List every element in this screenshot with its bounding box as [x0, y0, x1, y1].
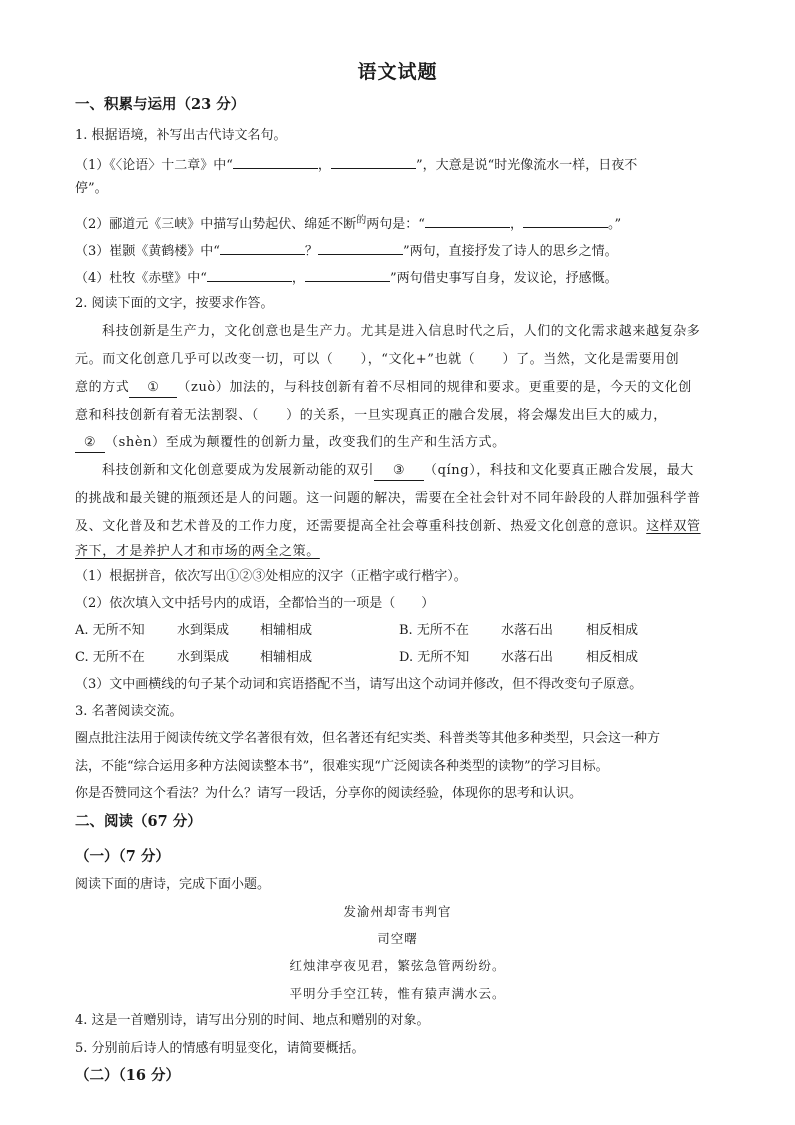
q1-p3-prefix: （3）崔颢《黄鹤楼》中“ — [75, 244, 220, 259]
answer-blank[interactable] — [207, 268, 292, 282]
option-label: D. 无所不知 — [399, 650, 469, 665]
answer-blank-2[interactable]: ② — [75, 434, 105, 453]
q3-text-line3: 你是否赞同这个看法？为什么？请写一段话，分享你的阅读经验，体现你的思考和认识。 — [75, 785, 720, 803]
poem-author: 司空曙 — [0, 930, 795, 948]
q2-sub1: （1）根据拼音，依次写出①②③处相应的汉字（正楷字或行楷字）。 — [75, 568, 720, 586]
q2-sub3: （3）文中画横线的句子某个动词和宾语搭配不当，请写出这个动词并修改，但不得改变句… — [75, 676, 720, 694]
option-label: B. 无所不在 — [399, 623, 469, 638]
passage-p1-line1: 科技创新是生产力，文化创意也是生产力。尤其是进入信息时代之后，人们的文化需求越来… — [102, 323, 720, 341]
q2-stem: 2. 阅读下面的文字，按要求作答。 — [75, 295, 720, 313]
q1-p4-prefix: （4）杜牧《赤壁》中“ — [75, 271, 207, 286]
answer-blank[interactable] — [331, 155, 416, 169]
underlined-sentence: 这样双管 — [646, 519, 700, 534]
option-d[interactable]: D. 无所不知 水落石出 相反相成 — [399, 649, 469, 667]
q1-part1: （1）《〈论语〉十二章》中“，”，大意是说“时光像流水一样，日夜不 — [75, 155, 720, 175]
answer-blank[interactable] — [523, 214, 608, 228]
passage-text: （shèn）至成为颠覆性的创新力量，改变我们的生产和生活方式。 — [105, 435, 506, 450]
option-word: 相反相成 — [586, 649, 638, 667]
q1-p3-suffix: ”两句，直接抒发了诗人的思乡之情。 — [403, 244, 618, 259]
q3-stem: 3. 名著阅读交流。 — [75, 703, 720, 721]
answer-blank[interactable] — [425, 214, 510, 228]
part2-heading: （二）（16 分） — [75, 1067, 720, 1085]
q1-p1-prefix: （1）《〈论语〉十二章》中“ — [75, 158, 233, 173]
q1-part4: （4）杜牧《赤壁》中“，”两句借史事写自身，发议论，抒感慨。 — [75, 268, 720, 288]
option-c[interactable]: C. 无所不在 水到渠成 相辅相成 — [75, 649, 145, 667]
passage-p2-line3: 及、文化普及和艺术普及的工作力度，还需要提高全社会尊重科技创新、热爱文化创意的意… — [75, 518, 720, 536]
option-label: C. 无所不在 — [75, 650, 145, 665]
passage-text: （zuò）加法的，与科技创新有着不尽相同的规律和要求。更重要的是，今天的文化创 — [177, 380, 691, 395]
option-word: 水到渠成 — [177, 622, 229, 640]
q1-p2-end: 。” — [608, 217, 621, 232]
q2-sub2: （2）依次填入文中括号内的成语，全都恰当的一项是（ ） — [75, 595, 720, 613]
q5-stem: 5. 分别前后诗人的情感有明显变化，请简要概括。 — [75, 1040, 720, 1058]
option-label: A. 无所不知 — [75, 623, 145, 638]
section1-heading: 一、积累与运用（23 分） — [75, 96, 720, 114]
answer-blank-3[interactable]: ③ — [374, 462, 424, 481]
answer-blank[interactable] — [233, 155, 318, 169]
passage-p2-line1: 科技创新和文化创意要成为发展新动能的双引③（qíng），科技和文化要真正融合发展… — [102, 462, 720, 481]
underlined-sentence: 齐下，才是养护人才和市场的两全之策。 — [75, 544, 320, 559]
poem-line1: 红烛津亭夜见君，繁弦急管两纷纷。 — [0, 957, 795, 975]
option-word: 水到渠成 — [177, 649, 229, 667]
option-word: 水落石出 — [501, 622, 553, 640]
q1-p2-superscript: 的 — [356, 215, 366, 226]
q4-stem: 4. 这是一首赠别诗，请写出分别的时间、地点和赠别的对象。 — [75, 1012, 720, 1030]
option-word: 相辅相成 — [260, 622, 312, 640]
poem-title: 发渝州却寄韦判官 — [0, 903, 795, 921]
exam-page: 语文试题 一、积累与运用（23 分） 1. 根据语境，补写出古代诗文名句。 （1… — [0, 0, 795, 1125]
q1-p2-mid: 两句是：“ — [366, 217, 425, 232]
passage-text: （qíng），科技和文化要真正融合发展，最大 — [424, 463, 694, 478]
option-word: 相辅相成 — [260, 649, 312, 667]
q1-p1-suffix: ”，大意是说“时光像流水一样，日夜不 — [416, 158, 637, 173]
option-a[interactable]: A. 无所不知 水到渠成 相辅相成 — [75, 622, 145, 640]
poem-line2: 平明分手空江转，惟有猿声满水云。 — [0, 985, 795, 1003]
passage-p1-line5: ②（shèn）至成为颠覆性的创新力量，改变我们的生产和生活方式。 — [75, 434, 720, 453]
passage-p1-line3: 意的方式①（zuò）加法的，与科技创新有着不尽相同的规律和要求。更重要的是，今天… — [75, 379, 720, 398]
part1-intro: 阅读下面的唐诗，完成下面小题。 — [75, 876, 720, 894]
q1-p1-sep: ， — [318, 158, 331, 173]
q1-part2: （2）郦道元《三峡》中描写山势起伏、绵延不断的两句是：“，。” — [75, 214, 720, 235]
answer-blank[interactable] — [305, 268, 390, 282]
answer-blank[interactable] — [220, 241, 305, 255]
option-b[interactable]: B. 无所不在 水落石出 相反相成 — [399, 622, 469, 640]
answer-blank-1[interactable]: ① — [129, 379, 177, 398]
passage-p1-line4: 意和科技创新有着无法割裂、（ ）的关系，一旦实现真正的融合发展，将会爆发出巨大的… — [75, 407, 720, 425]
q1-part3: （3）崔颢《黄鹤楼》中“？”两句，直接抒发了诗人的思乡之情。 — [75, 241, 720, 261]
q1-p4-suffix: ”两句借史事写自身，发议论，抒感慨。 — [390, 271, 618, 286]
part1-heading: （一）（7 分） — [75, 848, 720, 866]
q1-p2-sep: ， — [510, 217, 523, 232]
q1-p2-prefix: （2）郦道元《三峡》中描写山势起伏、绵延不断 — [75, 217, 356, 232]
q1-p4-sep: ， — [292, 271, 305, 286]
q3-text-line1: 圈点批注法用于阅读传统文学名著很有效，但名著还有纪实类、科普类等其他多种类型，只… — [75, 730, 720, 748]
option-word: 水落石出 — [501, 649, 553, 667]
passage-p1-line2: 元。而文化创意几乎可以改变一切，可以（ ），“文化+”也就（ ）了。当然，文化是… — [75, 351, 720, 369]
passage-text: 意的方式 — [75, 380, 129, 395]
q1-stem: 1. 根据语境，补写出古代诗文名句。 — [75, 127, 720, 145]
q1-part1-cont: 停”。 — [75, 180, 720, 198]
q1-p3-sep: ？ — [305, 244, 318, 259]
answer-blank[interactable] — [318, 241, 403, 255]
option-word: 相反相成 — [586, 622, 638, 640]
page-title: 语文试题 — [0, 57, 795, 84]
passage-text: 及、文化普及和艺术普及的工作力度，还需要提高全社会尊重科技创新、热爱文化创意的意… — [75, 519, 646, 534]
passage-p2-line2: 的挑战和最关键的瓶颈还是人的问题。这一问题的解决，需要在全社会针对不同年龄段的人… — [75, 490, 720, 508]
passage-text: 科技创新和文化创意要成为发展新动能的双引 — [102, 463, 374, 478]
section2-heading: 二、阅读（67 分） — [75, 813, 720, 831]
q3-text-line2: 法，不能“综合运用多种方法阅读整本书”，很难实现“广泛阅读各种类型的读物”的学习… — [75, 758, 720, 776]
passage-p2-line4: 齐下，才是养护人才和市场的两全之策。 — [75, 543, 720, 561]
